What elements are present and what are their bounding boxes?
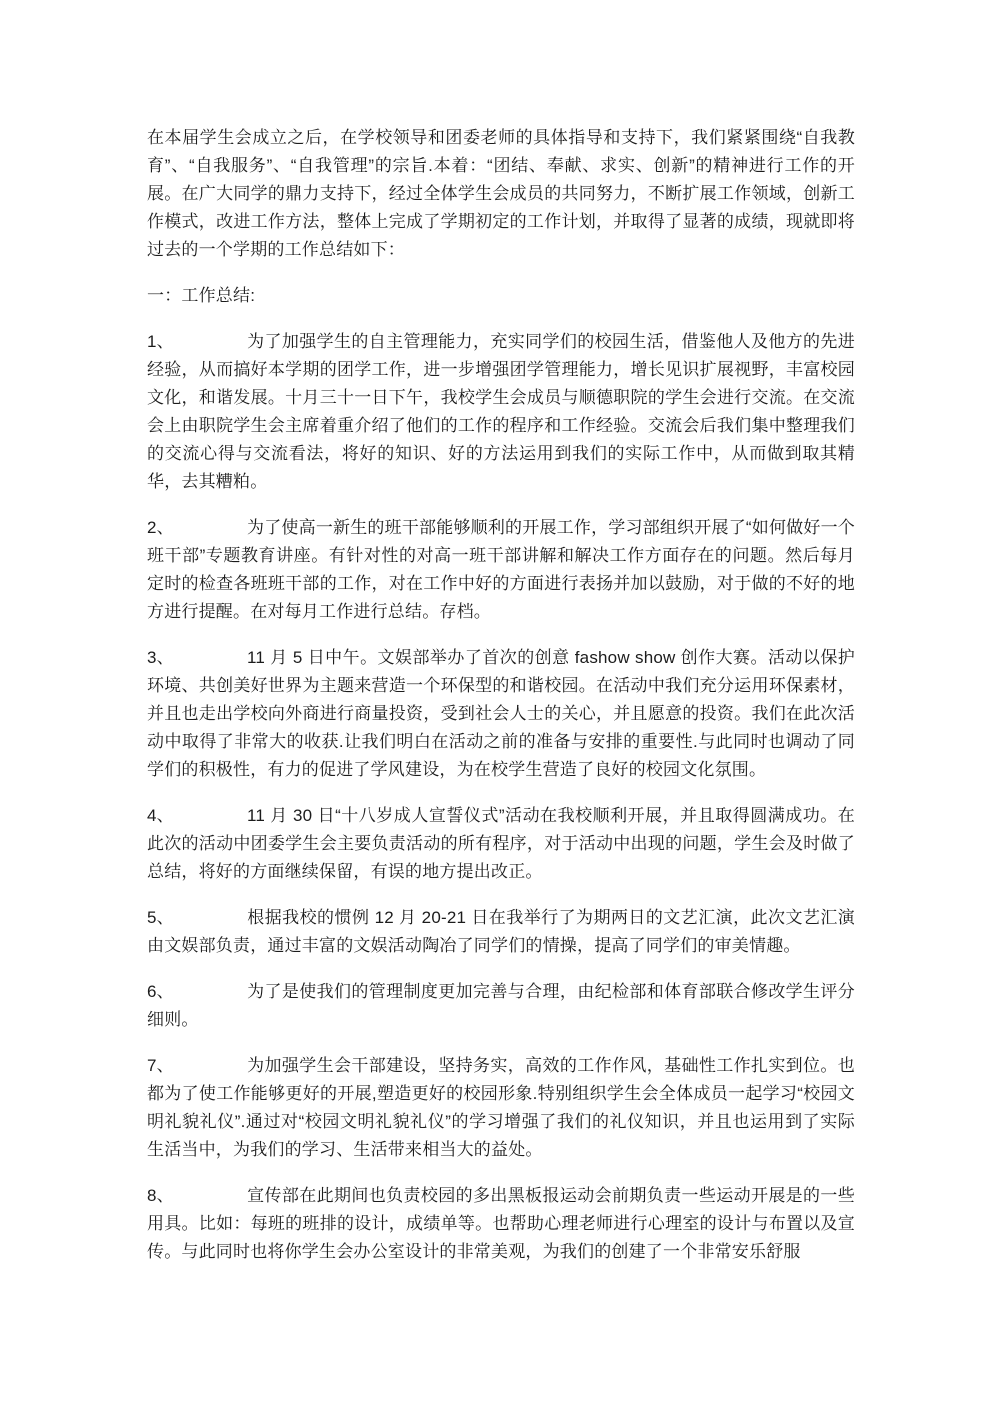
list-item-number: 4、 [147, 802, 247, 830]
list-item-text: 为了加强学生的自主管理能力，充实同学们的校园生活，借鉴他人及他方的先进经验，从而… [147, 332, 855, 491]
list-item-text: 宣传部在此期间也负责校园的多出黑板报运动会前期负责一些运动开展是的一些用具。比如… [147, 1186, 855, 1261]
list-item-text: 为了是使我们的管理制度更加完善与合理，由纪检部和体育部联合修改学生评分细则。 [147, 982, 855, 1029]
section-heading: 一：工作总结: [147, 282, 855, 310]
intro-paragraph: 在本届学生会成立之后，在学校领导和团委老师的具体指导和支持下，我们紧紧围绕“自我… [147, 124, 855, 264]
list-item-number: 3、 [147, 644, 247, 672]
list-item-8: 8、宣传部在此期间也负责校园的多出黑板报运动会前期负责一些运动开展是的一些用具。… [147, 1182, 855, 1266]
list-item-text: 根据我校的惯例 12 月 20-21 日在我举行了为期两日的文艺汇演，此次文艺汇… [147, 908, 855, 955]
list-item-4: 4、11 月 30 日“十八岁成人宣誓仪式”活动在我校顺利开展，并且取得圆满成功… [147, 802, 855, 886]
list-item-number: 2、 [147, 514, 247, 542]
list-item-number: 1、 [147, 328, 247, 356]
list-item-text: 为了使高一新生的班干部能够顺利的开展工作，学习部组织开展了“如何做好一个班干部”… [147, 518, 855, 621]
document-page: 在本届学生会成立之后，在学校领导和团委老师的具体指导和支持下，我们紧紧围绕“自我… [147, 124, 855, 1266]
list-item-3: 3、11 月 5 日中午。文娱部举办了首次的创意 fashow show 创作大… [147, 644, 855, 784]
list-item-2: 2、为了使高一新生的班干部能够顺利的开展工作，学习部组织开展了“如何做好一个班干… [147, 514, 855, 626]
list-item-number: 7、 [147, 1052, 247, 1080]
list-item-text: 11 月 5 日中午。文娱部举办了首次的创意 fashow show 创作大赛。… [147, 648, 855, 779]
list-item-text: 11 月 30 日“十八岁成人宣誓仪式”活动在我校顺利开展，并且取得圆满成功。在… [147, 806, 855, 881]
list-item-text: 为加强学生会干部建设，坚持务实，高效的工作作风，基础性工作扎实到位。也都为了使工… [147, 1056, 855, 1159]
list-item-1: 1、为了加强学生的自主管理能力，充实同学们的校园生活，借鉴他人及他方的先进经验，… [147, 328, 855, 496]
list-item-6: 6、为了是使我们的管理制度更加完善与合理，由纪检部和体育部联合修改学生评分细则。 [147, 978, 855, 1034]
list-item-number: 5、 [147, 904, 247, 932]
list-item-7: 7、为加强学生会干部建设，坚持务实，高效的工作作风，基础性工作扎实到位。也都为了… [147, 1052, 855, 1164]
list-item-number: 6、 [147, 978, 247, 1006]
list-item-5: 5、根据我校的惯例 12 月 20-21 日在我举行了为期两日的文艺汇演，此次文… [147, 904, 855, 960]
list-item-number: 8、 [147, 1182, 247, 1210]
